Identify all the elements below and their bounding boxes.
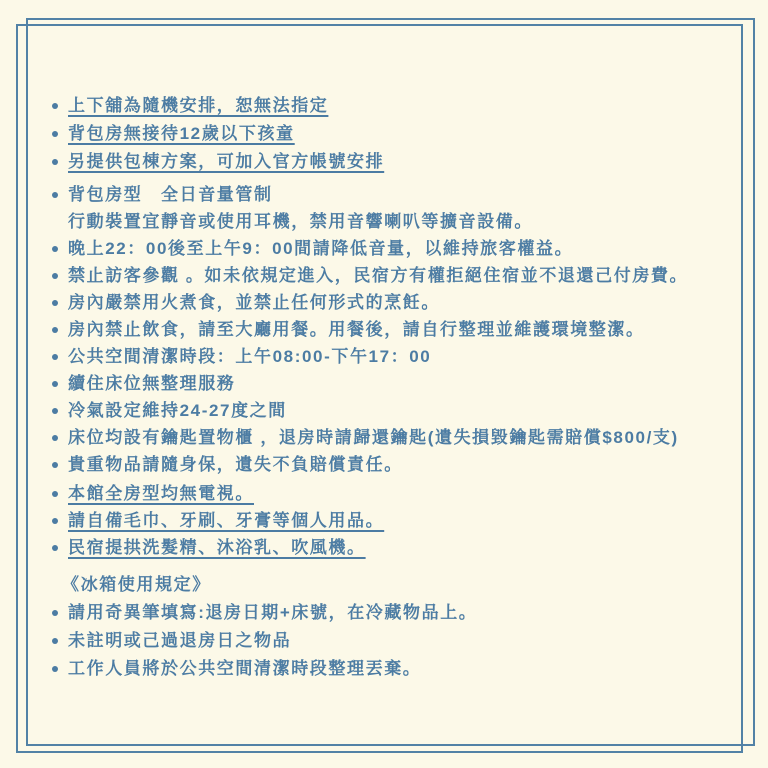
rule-text: 民宿提拱洗髮精、沐浴乳、吹風機。 (68, 534, 734, 561)
fridge-rules-list: 請用奇異筆填寫:退房日期+床號，在冷藏物品上。 未註明或己過退房日之物品 工作人… (50, 599, 734, 683)
bullet-icon (52, 638, 58, 644)
rule-text: 背包房無接待12歲以下孩童 (68, 120, 734, 148)
bullet-icon (52, 435, 58, 441)
rules-content: 上下舖為隨機安排，恕無法指定 背包房無接待12歲以下孩童 另提供包棟方案，可加入… (50, 92, 734, 683)
bullet-icon (52, 192, 58, 198)
rule-text: 公共空間清潔時段：上午08:00-下午17：00 (68, 343, 734, 370)
bullet-icon (52, 518, 58, 524)
bullet-icon (52, 354, 58, 360)
bullet-icon (52, 273, 58, 279)
rule-text: 床位均設有鑰匙置物櫃 ，退房時請歸還鑰匙(遺失損毀鑰匙需賠償$800/支) (68, 424, 734, 451)
rule-text: 續住床位無整理服務 (68, 370, 734, 397)
bullet-icon (52, 381, 58, 387)
rule-text: 請用奇異筆填寫:退房日期+床號，在冷藏物品上。 (68, 599, 734, 627)
quiet-policy-detail: 行動裝置宜靜音或使用耳機，禁用音響喇叭等擴音設備。 (68, 208, 734, 235)
rule-item: 冷氣設定維持24-27度之間 (50, 397, 734, 424)
rule-item: 未註明或己過退房日之物品 (50, 627, 734, 655)
bullet-icon (52, 327, 58, 333)
bullet-icon (52, 246, 58, 252)
rule-item: 房內嚴禁用火煮食，並禁止任何形式的烹飪。 (50, 289, 734, 316)
bullet-icon (52, 610, 58, 616)
rule-text: 房內嚴禁用火煮食，並禁止任何形式的烹飪。 (68, 289, 734, 316)
bullet-icon (52, 462, 58, 468)
rule-item: 貴重物品請隨身保，遺失不負賠償責任。 (50, 451, 734, 478)
rule-text: 晚上22：00後至上午9：00間請降低音量，以維持旅客權益。 (68, 235, 734, 262)
bullet-icon (52, 103, 58, 109)
bullet-icon (52, 159, 58, 165)
rule-item: 另提供包棟方案，可加入官方帳號安排 (50, 148, 734, 176)
rule-item: 工作人員將於公共空間清潔時段整理丟棄。 (50, 655, 734, 683)
bullet-icon (52, 131, 58, 137)
amenities-rules-list: 本館全房型均無電視。 請自備毛巾、牙刷、牙膏等個人用品。 民宿提拱洗髮精、沐浴乳… (50, 480, 734, 561)
bullet-icon (52, 666, 58, 672)
rule-text: 請自備毛巾、牙刷、牙膏等個人用品。 (68, 507, 734, 534)
rule-item: 請用奇異筆填寫:退房日期+床號，在冷藏物品上。 (50, 599, 734, 627)
rule-text: 冷氣設定維持24-27度之間 (68, 397, 734, 424)
rule-item: 禁止訪客參觀 。如未依規定進入，民宿方有權拒絕住宿並不退還己付房費。 (50, 262, 734, 289)
general-rules-list: 背包房型 全日音量管制 行動裝置宜靜音或使用耳機，禁用音響喇叭等擴音設備。 晚上… (50, 181, 734, 478)
rule-text: 禁止訪客參觀 。如未依規定進入，民宿方有權拒絕住宿並不退還己付房費。 (68, 262, 734, 289)
rule-text: 貴重物品請隨身保，遺失不負賠償責任。 (68, 451, 734, 478)
bullet-icon (52, 300, 58, 306)
rule-item: 民宿提拱洗髮精、沐浴乳、吹風機。 (50, 534, 734, 561)
rule-text: 上下舖為隨機安排，恕無法指定 (68, 92, 734, 120)
rule-item: 續住床位無整理服務 (50, 370, 734, 397)
bullet-icon (52, 545, 58, 551)
house-rules-notice: { "colors": { "background": "#fcf9e8", "… (0, 0, 768, 768)
rule-item: 本館全房型均無電視。 (50, 480, 734, 507)
rule-text: 房內禁止飲食，請至大廳用餐。用餐後，請自行整理並維護環境整潔。 (68, 316, 734, 343)
rule-item: 背包房無接待12歲以下孩童 (50, 120, 734, 148)
rule-text: 背包房型 全日音量管制 行動裝置宜靜音或使用耳機，禁用音響喇叭等擴音設備。 (68, 181, 734, 235)
rule-item: 房內禁止飲食，請至大廳用餐。用餐後，請自行整理並維護環境整潔。 (50, 316, 734, 343)
rule-item-quiet-policy: 背包房型 全日音量管制 行動裝置宜靜音或使用耳機，禁用音響喇叭等擴音設備。 (50, 181, 734, 235)
rule-text: 本館全房型均無電視。 (68, 480, 734, 507)
rule-item: 晚上22：00後至上午9：00間請降低音量，以維持旅客權益。 (50, 235, 734, 262)
rule-item: 請自備毛巾、牙刷、牙膏等個人用品。 (50, 507, 734, 534)
rule-text: 另提供包棟方案，可加入官方帳號安排 (68, 148, 734, 176)
bullet-icon (52, 408, 58, 414)
rule-item: 公共空間清潔時段：上午08:00-下午17：00 (50, 343, 734, 370)
bullet-icon (52, 491, 58, 497)
booking-rules-list: 上下舖為隨機安排，恕無法指定 背包房無接待12歲以下孩童 另提供包棟方案，可加入… (50, 92, 734, 176)
fridge-rules-heading: 《冰箱使用規定》 (62, 571, 734, 599)
rule-text: 未註明或己過退房日之物品 (68, 627, 734, 655)
rule-item: 上下舖為隨機安排，恕無法指定 (50, 92, 734, 120)
rule-item: 床位均設有鑰匙置物櫃 ，退房時請歸還鑰匙(遺失損毀鑰匙需賠償$800/支) (50, 424, 734, 451)
quiet-policy-title: 背包房型 全日音量管制 (68, 181, 734, 208)
rule-text: 工作人員將於公共空間清潔時段整理丟棄。 (68, 655, 734, 683)
